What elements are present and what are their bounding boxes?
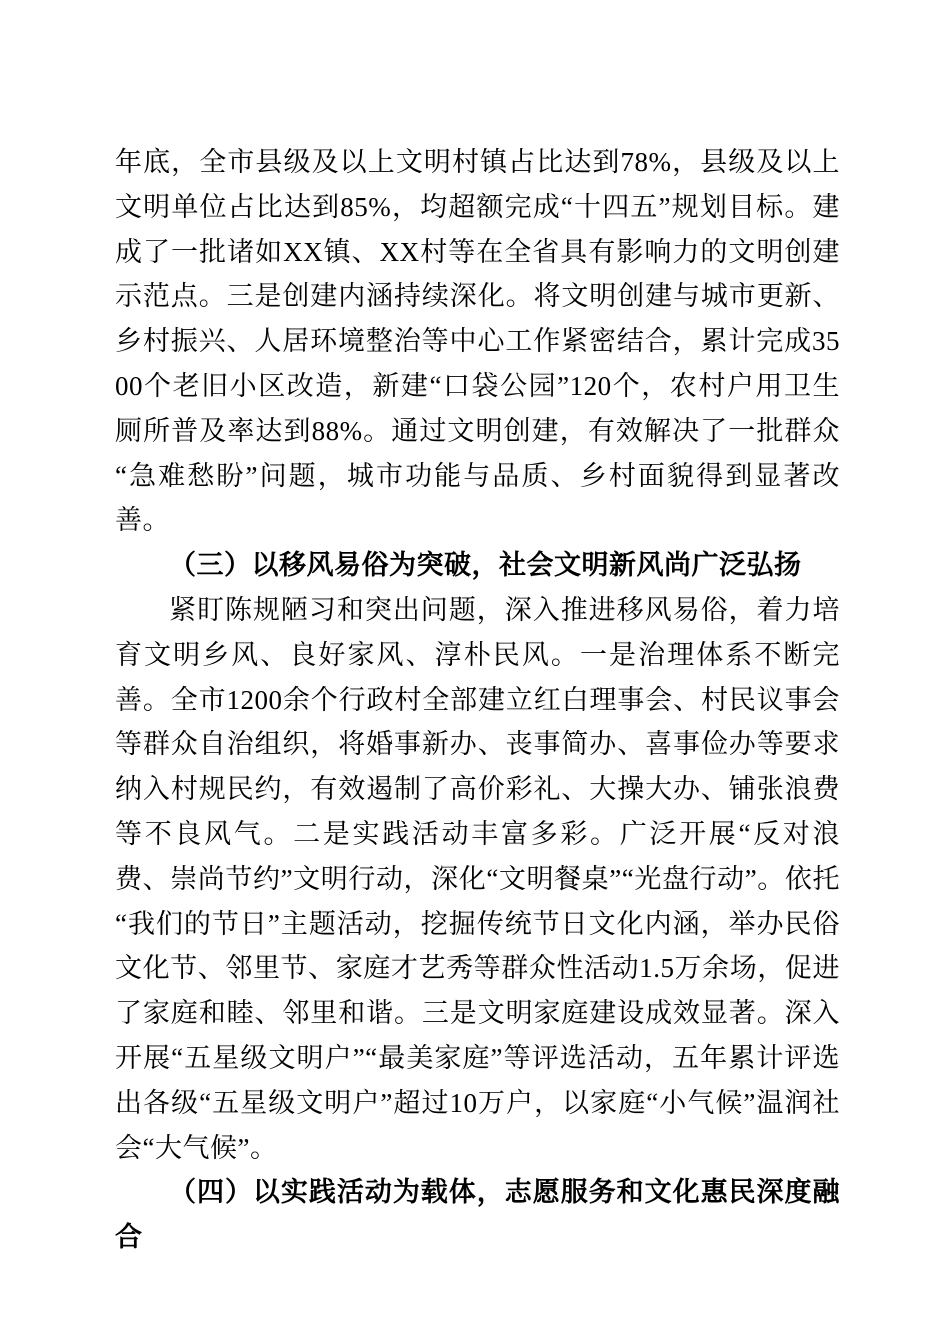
document-page: 年底，全市县级及以上文明村镇占比达到78%，县级及以上文明单位占比达到85%，均… [0, 0, 950, 1344]
section-heading-3: （三）以移风易俗为突破，社会文明新风尚广泛弘扬 [115, 543, 840, 588]
paragraph-body-continuation: 年底，全市县级及以上文明村镇占比达到78%，县级及以上文明单位占比达到85%，均… [115, 140, 840, 543]
section-heading-4: （四）以实践活动为载体，志愿服务和文化惠民深度融合 [115, 1170, 840, 1260]
document-body: 年底，全市县级及以上文明村镇占比达到78%，县级及以上文明单位占比达到85%，均… [115, 140, 840, 1260]
paragraph-section-3: 紧盯陈规陋习和突出问题，深入推进移风易俗，着力培育文明乡风、良好家风、淳朴民风。… [115, 588, 840, 1170]
